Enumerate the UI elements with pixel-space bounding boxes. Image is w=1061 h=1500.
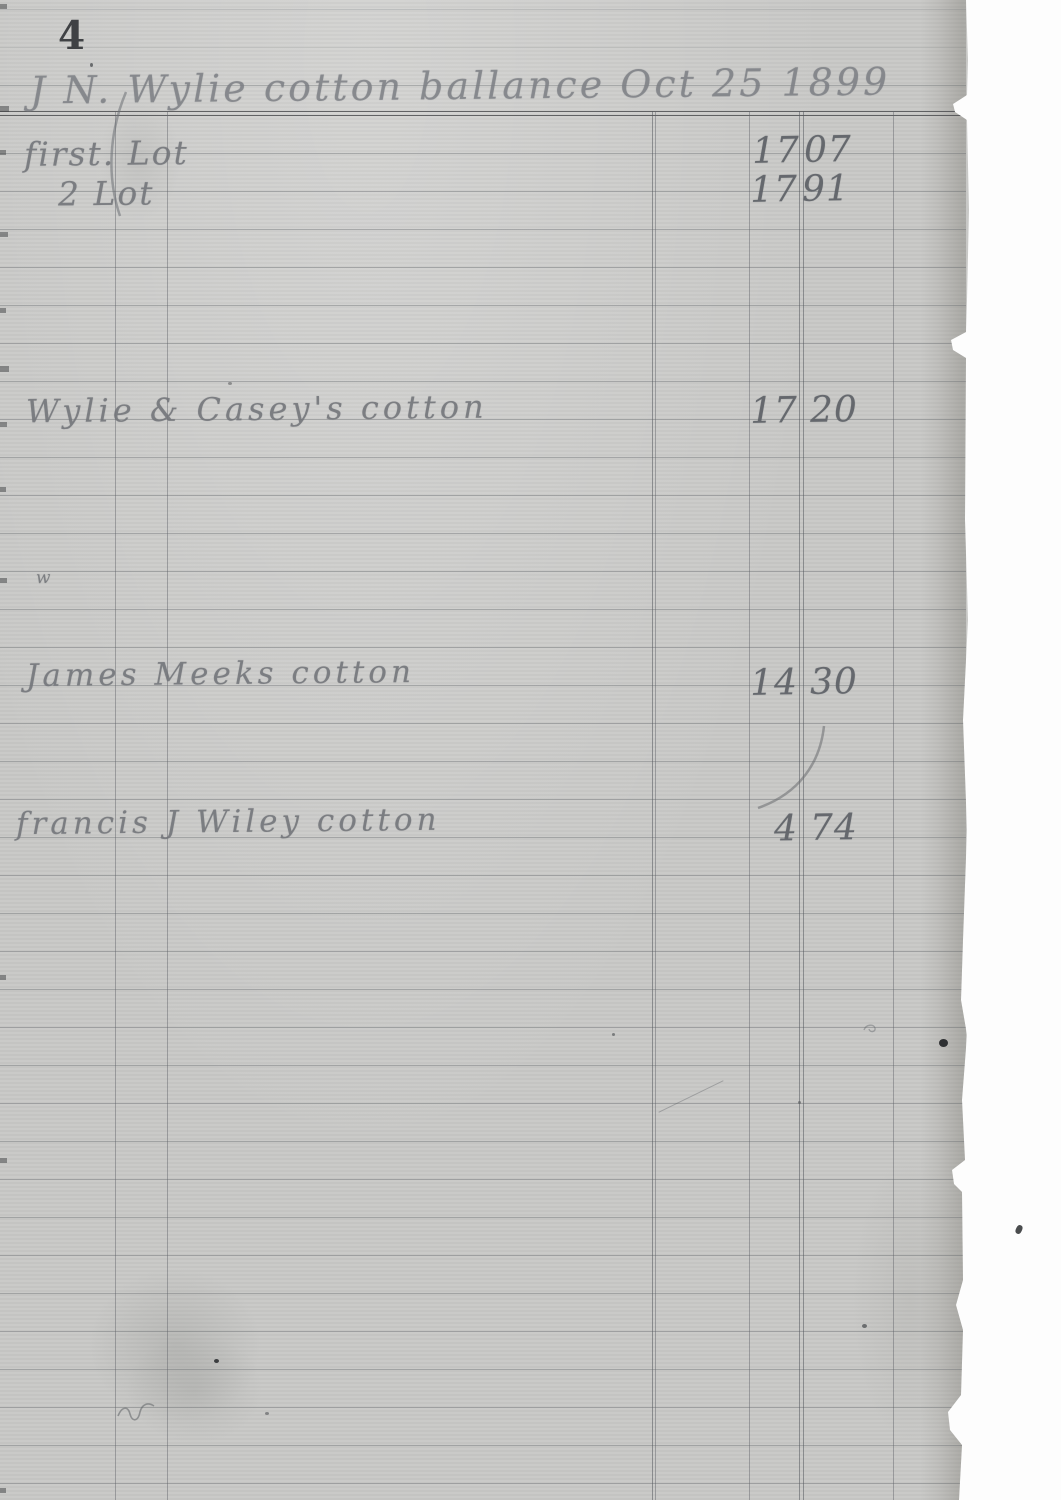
ledger-entry-description: Wylie & Casey's cotton — [26, 388, 488, 431]
ledger-entry-amount: 17 91 — [746, 168, 851, 211]
dark-speck — [939, 1039, 948, 1047]
binding-edge-mark — [0, 1158, 7, 1163]
tiny-pencil-curl-mark — [862, 1022, 878, 1034]
ink-dot-below-page-number — [90, 63, 93, 67]
dark-speck — [612, 1033, 615, 1036]
pencil-squiggle-mark — [116, 1398, 158, 1424]
dust-speck-on-background — [1014, 1224, 1023, 1235]
ledger-header-title: J N. Wylie cotton ballance Oct 25 1899 — [30, 59, 891, 112]
binding-edge-mark — [0, 975, 6, 980]
binding-edge-mark — [0, 106, 9, 112]
dark-speck — [265, 1412, 269, 1415]
column-rule-mid-a — [652, 111, 653, 1500]
ledger-entry-description: francis J Wiley cotton — [16, 802, 441, 842]
column-rule-mid-b — [655, 111, 656, 1500]
closing-paren-pencil-mark — [750, 722, 840, 817]
binding-edge-mark — [0, 366, 9, 372]
ledger-entry-description: James Meeks cotton — [26, 654, 415, 694]
dark-speck — [862, 1324, 867, 1328]
amount-cents: 91 — [802, 168, 851, 210]
ledger-entry-amount: 17 20 — [746, 389, 859, 432]
binding-edge-mark — [0, 1488, 6, 1493]
dark-speck — [228, 382, 232, 385]
amount-cents: 30 — [810, 661, 859, 703]
page-number: 4 — [58, 13, 85, 59]
small-w-pencil-mark: w — [36, 568, 51, 588]
dark-speck — [798, 1101, 801, 1104]
amount-main: 14 — [746, 662, 799, 704]
binding-edge-mark — [0, 4, 7, 9]
binding-edge-mark — [0, 308, 6, 313]
binding-edge-mark — [0, 487, 6, 492]
ruled-line-top-1 — [0, 9, 966, 10]
scanned-ledger-page: 4 J N. Wylie cotton ballance Oct 25 1899… — [0, 0, 1061, 1500]
amount-cents: 07 — [804, 129, 853, 171]
amount-cents: 20 — [810, 389, 859, 431]
heavy-rule-lower — [0, 115, 966, 116]
ledger-entry-amount: 17 07 — [748, 129, 853, 172]
amount-main: 17 — [746, 390, 799, 432]
ledger-entry-amount: 14 30 — [746, 661, 859, 704]
ledger-paper-sheet: 4 J N. Wylie cotton ballance Oct 25 1899… — [0, 0, 1061, 1500]
binding-edge-mark — [0, 150, 6, 155]
dark-speck — [214, 1359, 219, 1363]
ruled-line-top-2 — [0, 47, 966, 48]
amount-main: 17 — [748, 130, 801, 172]
amount-main: 17 — [746, 169, 799, 211]
binding-edge-mark — [0, 422, 7, 427]
binding-edge-mark — [0, 232, 8, 237]
first-lot-flourish-stroke — [96, 90, 136, 220]
binding-edge-mark — [0, 578, 7, 583]
column-rule-amount-right — [893, 111, 894, 1500]
